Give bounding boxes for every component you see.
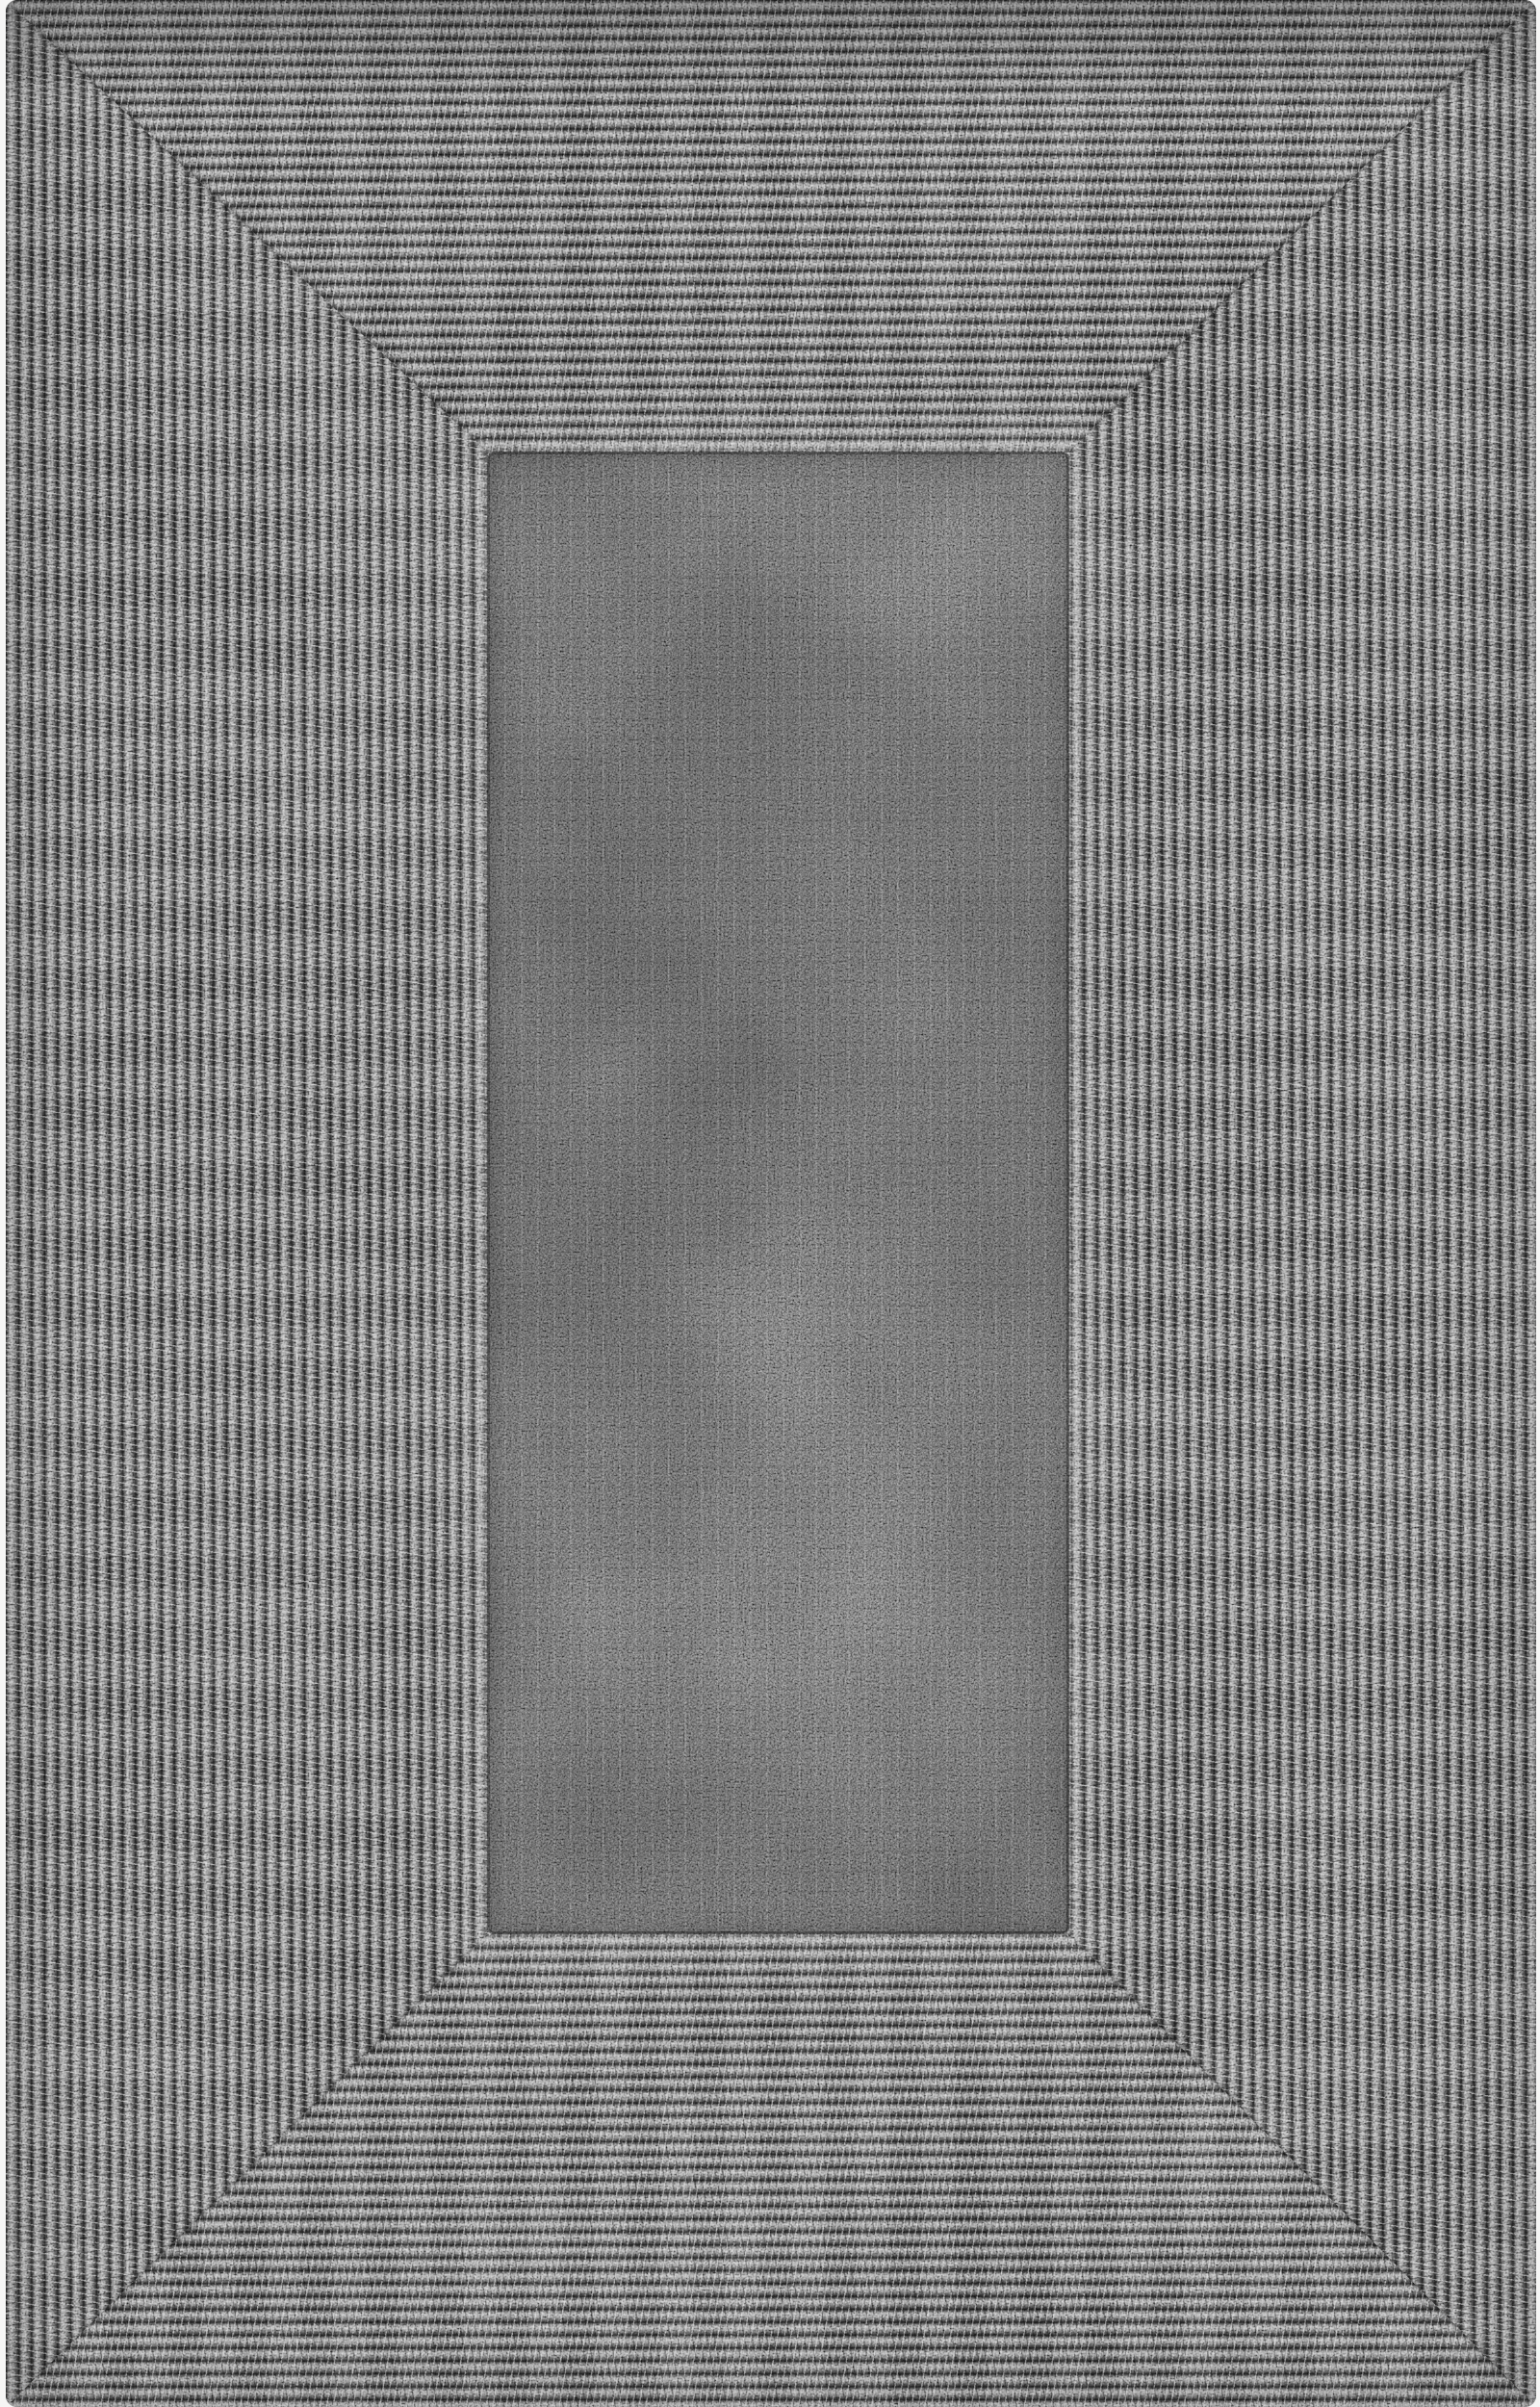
braided-rug bbox=[6, 0, 1536, 2407]
center-panel bbox=[488, 453, 1068, 1933]
rug-product-photo bbox=[0, 0, 1540, 2407]
